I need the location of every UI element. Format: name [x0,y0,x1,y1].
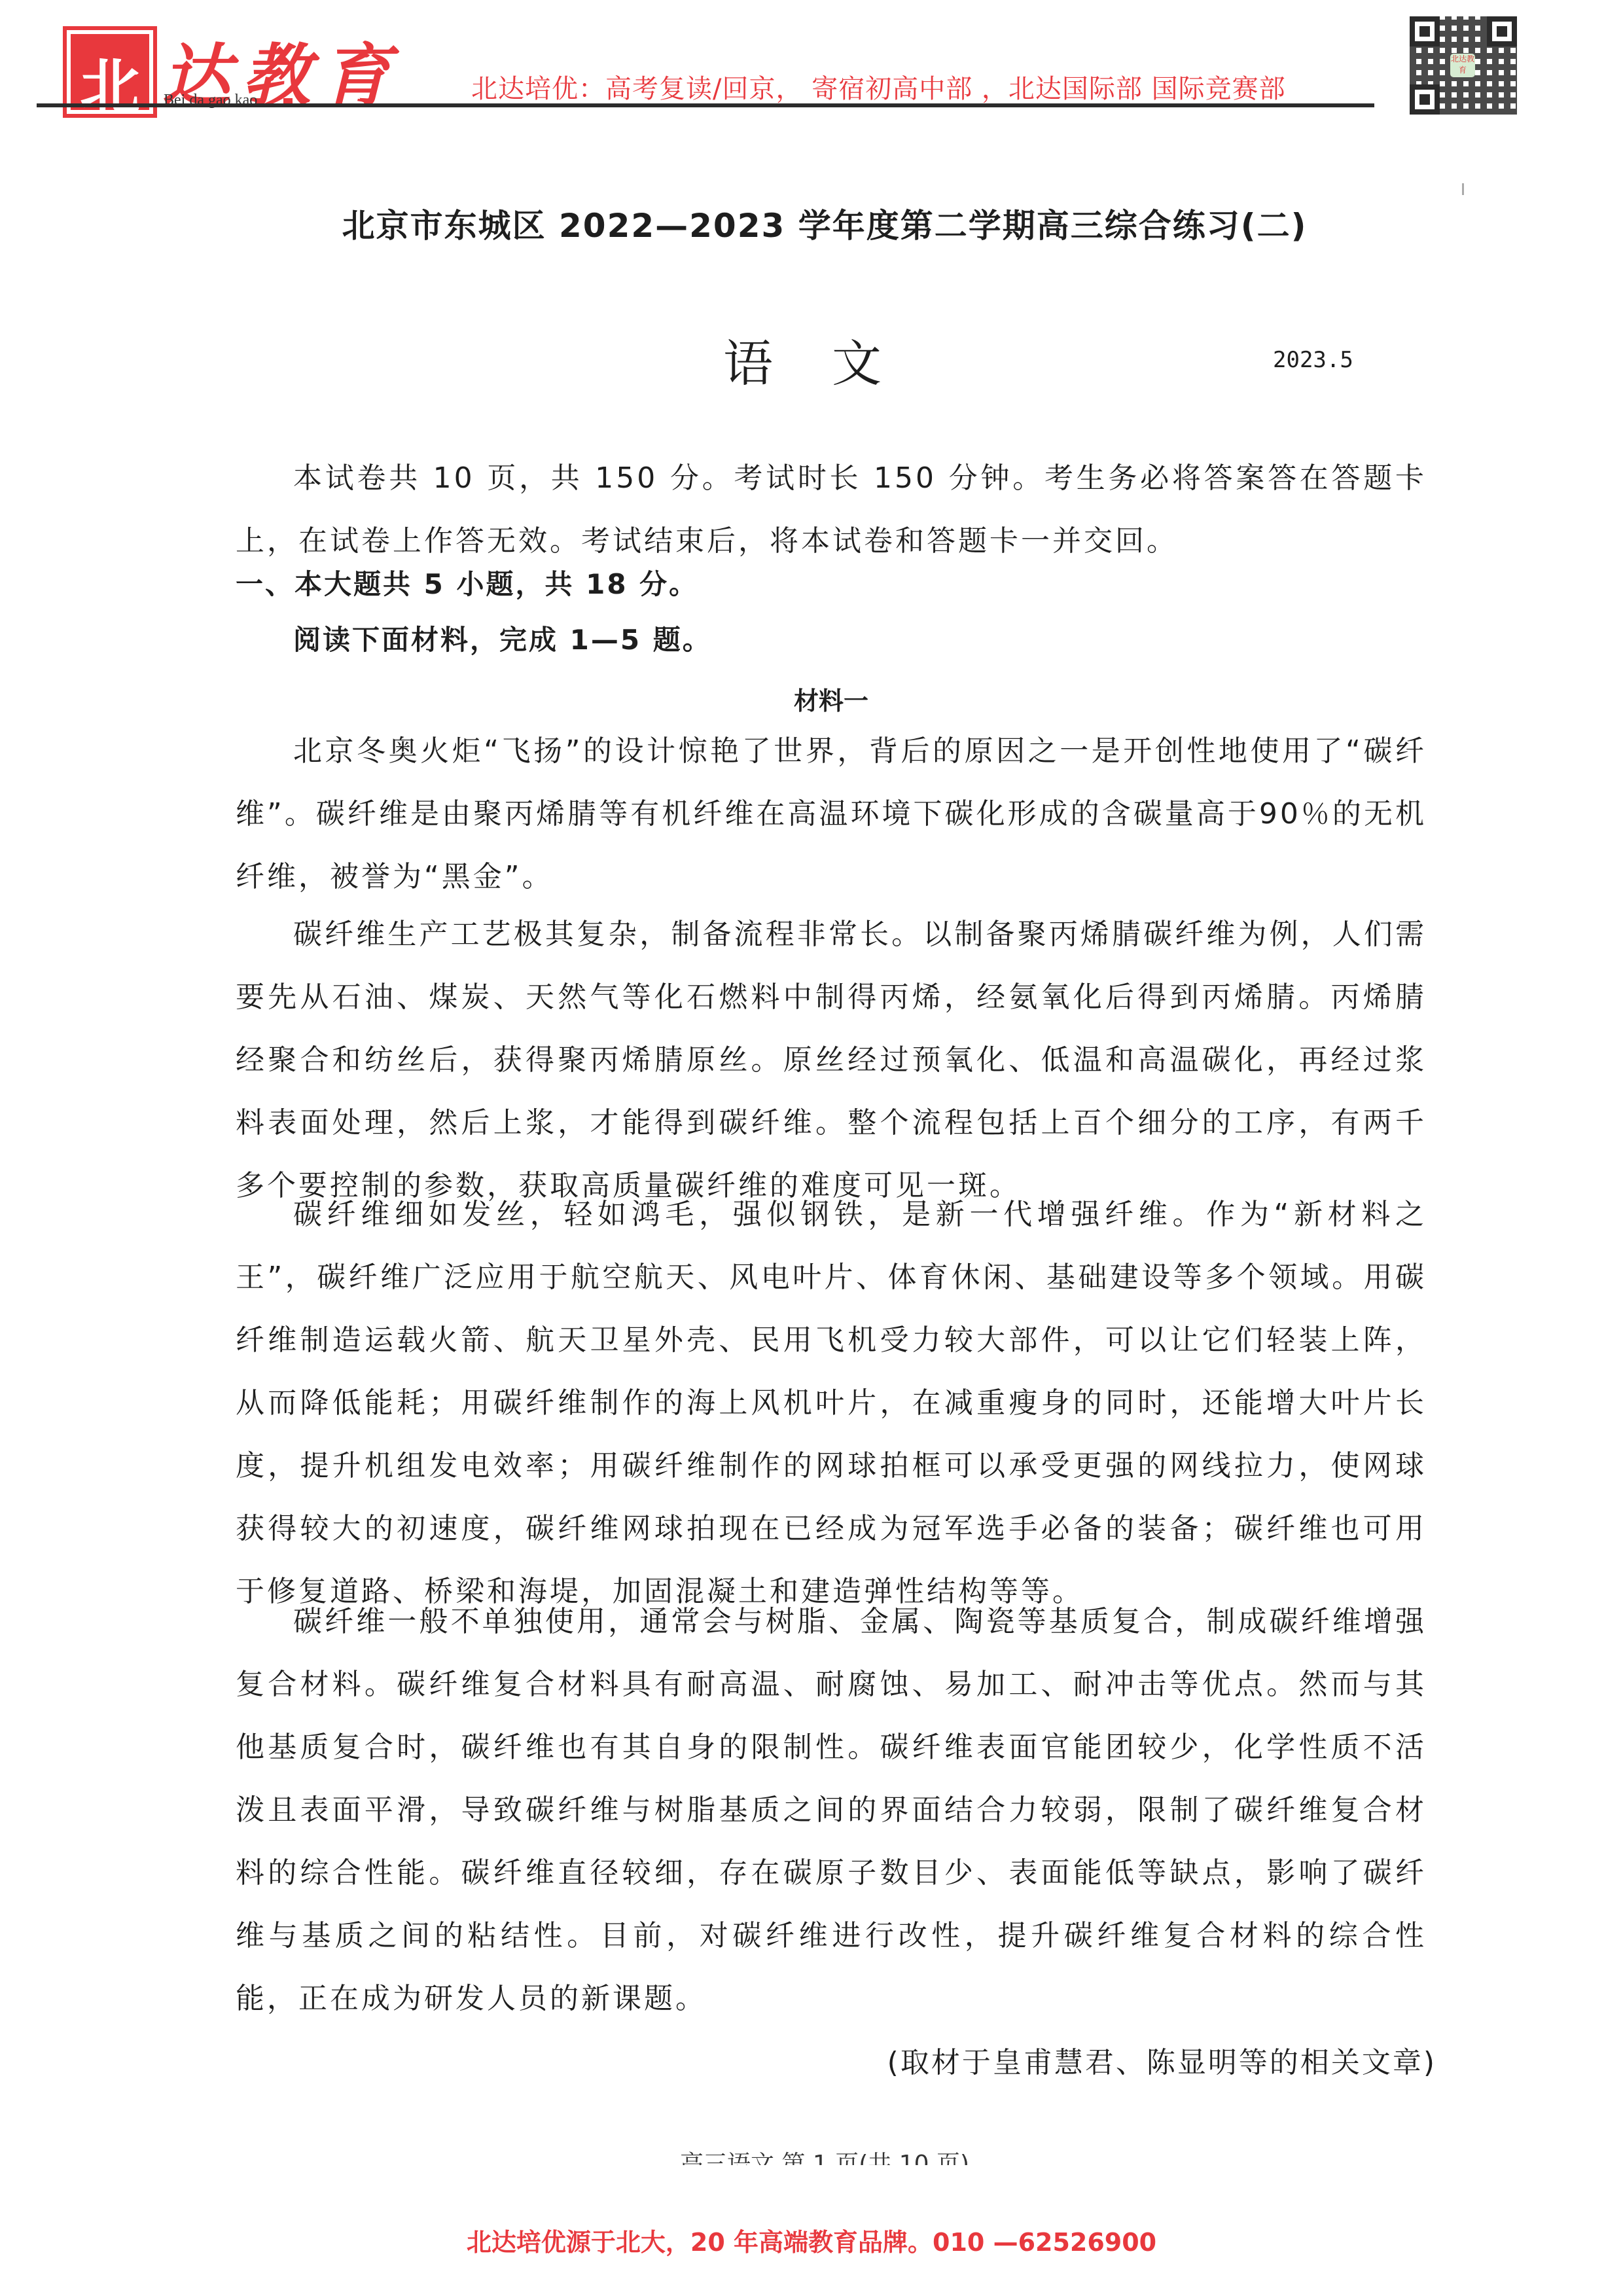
exam-subject: 语文 [723,324,940,395]
paragraph: 北京冬奥火炬“飞扬”的设计惊艳了世界，背后的原因之一是开创性地使用了“碳纤维”。… [236,720,1427,908]
header-divider [37,103,1374,107]
source-citation: (取材于皇甫慧君、陈显明等的相关文章) [887,2039,1436,2081]
qr-finder-icon [1410,16,1440,46]
qr-finder-icon [1410,84,1440,115]
section-heading: 一、本大题共 5 小题，共 18 分。 [236,563,698,602]
qr-center-logo: 北达教育 [1450,54,1475,77]
material-heading: 材料一 [0,681,1623,717]
reading-instruction: 阅读下面材料，完成 1—5 题。 [293,619,712,658]
page-number: 高三语文 第 1 页(共 10 页) [0,2145,1623,2165]
paragraph: 碳纤维细如发丝，轻如鸿毛，强似钢铁，是新一代增强纤维。作为“新材料之王”，碳纤维… [236,1183,1427,1623]
header-slogan: 北达培优：高考复读/回京， 寄宿初高中部 ，北达国际部 国际竞赛部 [471,68,1286,105]
scan-mark [1462,183,1464,195]
exam-instructions: 本试卷共 10 页，共 150 分。考试时长 150 分钟。考生务必将答案答在答… [236,447,1427,573]
paragraph: 碳纤维生产工艺极其复杂，制备流程非常长。以制备聚丙烯腈碳纤维为例，人们需要先从石… [236,903,1427,1217]
promo-footer: 北达培优源于北大，20 年高端教育品牌。010 —62526900 [0,2222,1623,2258]
exam-title: 北京市东城区 2022—2023 学年度第二学期高三综合练习(二) [0,200,1623,247]
paragraph: 碳纤维一般不单独使用，通常会与树脂、金属、陶瓷等基质复合，制成碳纤维增强复合材料… [236,1590,1427,2030]
qr-finder-icon [1487,16,1517,46]
exam-date: 2023.5 [1273,347,1353,373]
